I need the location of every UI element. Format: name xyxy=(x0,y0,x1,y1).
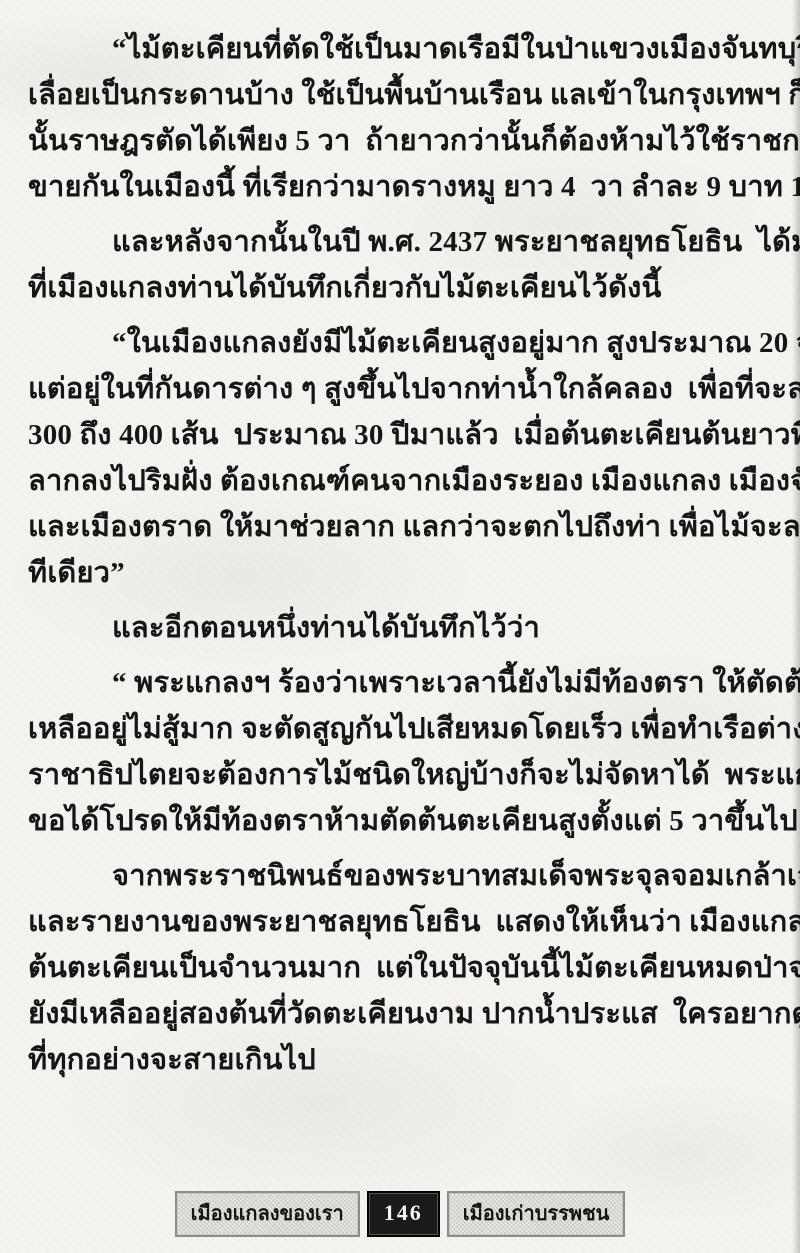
page-footer: เมืองแกลงของเรา 146 เมืองเก่าบรรพชน xyxy=(0,1191,800,1237)
text-line: ที่ทุกอย่างจะสายเกินไป xyxy=(28,1037,778,1083)
text-line: นั้นราษฎรตัดได้เพียง 5 วา ถ้ายาวกว่านั้น… xyxy=(28,118,778,164)
paragraph: “ พระแกลงฯ ร้องว่าเพราะเวลานี้ยังไม่มีท้… xyxy=(28,660,778,844)
text-line: “ พระแกลงฯ ร้องว่าเพราะเวลานี้ยังไม่มีท้… xyxy=(28,660,778,706)
text-line: และเมืองตราด ให้มาช่วยลาก แลกว่าจะตกไปถึ… xyxy=(28,504,778,550)
paragraph: และหลังจากนั้นในปี พ.ศ. 2437 พระยาชลยุทธ… xyxy=(28,219,778,311)
scanned-book-page: “ไม้ตะเคียนที่ตัดใช้เป็นมาดเรือมีในป่าแข… xyxy=(0,0,800,1253)
text-line: จากพระราชนิพนธ์ของพระบาทสมเด็จพระจุลจอมเ… xyxy=(28,853,778,899)
text-line: “ไม้ตะเคียนที่ตัดใช้เป็นมาดเรือมีในป่าแข… xyxy=(28,26,778,72)
page-number-badge: 146 xyxy=(367,1191,440,1237)
footer-right-title: เมืองเก่าบรรพชน xyxy=(447,1191,626,1237)
text-line: 300 ถึง 400 เส้น ประมาณ 30 ปีมาแล้ว เมื่… xyxy=(28,412,778,458)
body-text: “ไม้ตะเคียนที่ตัดใช้เป็นมาดเรือมีในป่าแข… xyxy=(28,26,778,1083)
text-line: ลากลงไปริมฝั่ง ต้องเกณฑ์คนจากเมืองระยอง … xyxy=(28,458,778,504)
text-line: และหลังจากนั้นในปี พ.ศ. 2437 พระยาชลยุทธ… xyxy=(28,219,778,265)
text-line: ยังมีเหลืออยู่สองต้นที่วัดตะเคียนงาม ปาก… xyxy=(28,991,778,1037)
text-line: ที่เมืองแกลงท่านได้บันทึกเกี่ยวกับไม้ตะเ… xyxy=(28,265,778,311)
text-line: ขายกันในเมืองนี้ ที่เรียกว่ามาดรางหมู ยา… xyxy=(28,164,778,210)
text-line: และอีกตอนหนึ่งท่านได้บันทึกไว้ว่า xyxy=(28,605,778,651)
text-line: ราชาธิปไตยจะต้องการไม้ชนิดใหญ่บ้างก็จะไม… xyxy=(28,752,778,798)
text-line: ขอได้โปรดให้มีท้องตราห้ามตัดต้นตะเคียนสู… xyxy=(28,798,778,844)
text-line: ต้นตะเคียนเป็นจำนวนมาก แต่ในปัจจุบันนี้ไ… xyxy=(28,945,778,991)
text-line: ทีเดียว” xyxy=(28,550,778,596)
paragraph: และอีกตอนหนึ่งท่านได้บันทึกไว้ว่า xyxy=(28,605,778,651)
footer-left-title: เมืองแกลงของเรา xyxy=(175,1191,360,1237)
text-line: แต่อยู่ในที่กันดารต่าง ๆ สูงขึ้นไปจากท่า… xyxy=(28,366,778,412)
text-line: และรายงานของพระยาชลยุทธโยธิน แสดงให้เห็น… xyxy=(28,899,778,945)
text-line: เหลืออยู่ไม่สู้มาก จะตัดสูญกันไปเสียหมดโ… xyxy=(28,706,778,752)
paragraph: “ในเมืองแกลงยังมีไม้ตะเคียนสูงอยู่มาก สู… xyxy=(28,320,778,596)
text-line: “ในเมืองแกลงยังมีไม้ตะเคียนสูงอยู่มาก สู… xyxy=(28,320,778,366)
paragraph: “ไม้ตะเคียนที่ตัดใช้เป็นมาดเรือมีในป่าแข… xyxy=(28,26,778,210)
text-line: เลื่อยเป็นกระดานบ้าง ใช้เป็นพื้นบ้านเรือ… xyxy=(28,72,778,118)
paragraph: จากพระราชนิพนธ์ของพระบาทสมเด็จพระจุลจอมเ… xyxy=(28,853,778,1083)
